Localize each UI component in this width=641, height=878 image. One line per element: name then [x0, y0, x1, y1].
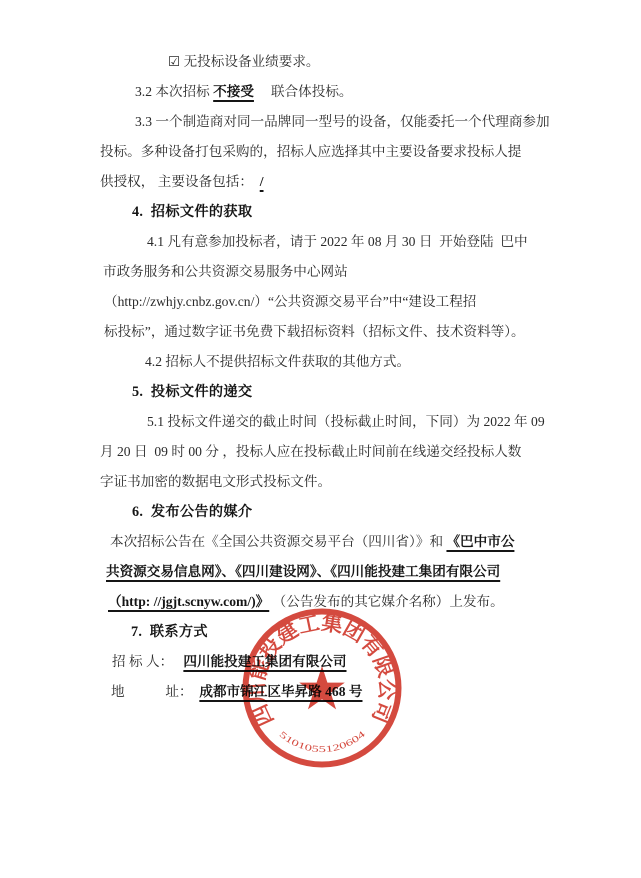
text-run: 联合体投标。	[254, 84, 353, 99]
media-names-emphasis: 《巴中市公	[446, 534, 514, 549]
text-run: 4.2 招标人不提供招标文件获取的其他方式。	[145, 354, 410, 369]
media-announcement-line-2: 共资源交易信息网》、《四川建设网》、《四川能投建工集团有限公司	[106, 557, 580, 587]
media-announcement-line-1: 本次招标公告在《全国公共资源交易平台（四川省）》和 《巴中市公	[110, 527, 580, 557]
clause-3-3-line-3: 供授权， 主要设备包括： /	[100, 167, 580, 197]
blank-slash-placeholder: /	[260, 174, 264, 189]
clause-4-2: 4.2 招标人不提供招标文件获取的其他方式。	[145, 347, 580, 377]
media-announcement-line-3: （http: //jgjt.scnyw.com/)》 （公告发布的其它媒介名称）…	[108, 587, 580, 617]
text-run: 月 20 日 09 时 00 分 ，投标人应在投标截止时间前在线递交经投标人数	[100, 444, 521, 459]
clause-4-1-line-4: 标投标”，通过数字证书免费下载招标资料（招标文件、技术资料等）。	[104, 317, 580, 347]
tender-document-page: ☑ 无投标设备业绩要求。 3.2 本次招标 不接受 联合体投标。 3.3 一个制…	[100, 47, 580, 707]
clause-5-1-line-2: 月 20 日 09 时 00 分 ，投标人应在投标截止时间前在线递交经投标人数	[100, 437, 580, 467]
text-run: 供授权， 主要设备包括：	[100, 174, 260, 189]
clause-3-3-line-2: 投标。多种设备打包采购的，招标人应选择其中主要设备要求投标人提	[100, 137, 580, 167]
heading-text: 6. 发布公告的媒介	[132, 504, 252, 520]
text-run: 3.2 本次招标	[135, 84, 213, 99]
text-run: 无投标设备业绩要求。	[180, 54, 319, 69]
clause-no-equipment-requirement: ☑ 无投标设备业绩要求。	[168, 47, 580, 77]
media-url-emphasis: （http: //jgjt.scnyw.com/)》	[108, 594, 269, 609]
not-accept-emphasis: 不接受	[213, 84, 254, 99]
address-value: 成都市锦江区毕昇路 468 号	[199, 684, 362, 699]
section-6-heading: 6. 发布公告的媒介	[132, 497, 580, 527]
heading-text: 5. 投标文件的递交	[132, 384, 252, 400]
text-run: 标投标”，通过数字证书免费下载招标资料（招标文件、技术资料等）。	[104, 324, 525, 339]
checkbox-checked-icon: ☑	[168, 54, 180, 69]
text-run: 5.1 投标文件递交的截止时间（投标截止时间，下同）为 2022 年 09	[147, 414, 545, 429]
section-7-heading: 7. 联系方式	[131, 617, 580, 647]
clause-5-1-line-3: 字证书加密的数据电文形式投标文件。	[100, 467, 580, 497]
clause-4-1-line-2: 市政务服务和公共资源交易服务中心网站	[103, 257, 580, 287]
clause-3-2: 3.2 本次招标 不接受 联合体投标。	[135, 77, 580, 107]
seal-code-arc-text: 5101055120604	[277, 728, 367, 754]
heading-text: 7. 联系方式	[131, 624, 208, 640]
heading-text: 4. 招标文件的获取	[132, 204, 252, 220]
text-run: （http://zwhjy.cnbz.gov.cn/）“公共资源交易平台”中“建…	[104, 294, 476, 309]
text-run: 3.3 一个制造商对同一品牌同一型号的设备，仅能委托一个代理商参加	[135, 114, 550, 129]
section-5-heading: 5. 投标文件的递交	[132, 377, 580, 407]
text-run: 投标。多种设备打包采购的，招标人应选择其中主要设备要求投标人提	[100, 144, 521, 159]
address-row: 地 址： 成都市锦江区毕昇路 468 号	[111, 677, 580, 707]
field-label: 地 址：	[111, 684, 199, 699]
section-4-heading: 4. 招标文件的获取	[132, 197, 580, 227]
field-label: 招 标 人：	[112, 654, 183, 669]
text-run: 字证书加密的数据电文形式投标文件。	[100, 474, 331, 489]
clause-4-1-line-1: 4.1 凡有意参加投标者，请于 2022 年 08 月 30 日 开始登陆 巴中	[147, 227, 580, 257]
clause-3-3-line-1: 3.3 一个制造商对同一品牌同一型号的设备，仅能委托一个代理商参加	[135, 107, 580, 137]
text-run: 4.1 凡有意参加投标者，请于 2022 年 08 月 30 日 开始登陆 巴中	[147, 234, 528, 249]
tenderer-row: 招 标 人： 四川能投建工集团有限公司	[112, 647, 580, 677]
tenderer-name-value: 四川能投建工集团有限公司	[183, 654, 346, 669]
clause-5-1-line-1: 5.1 投标文件递交的截止时间（投标截止时间，下同）为 2022 年 09	[147, 407, 580, 437]
media-names-emphasis: 共资源交易信息网》、《四川建设网》、《四川能投建工集团有限公司	[106, 564, 500, 579]
text-run: 本次招标公告在《全国公共资源交易平台（四川省）》和	[110, 534, 446, 549]
text-run: （公告发布的其它媒介名称）上发布。	[269, 594, 504, 609]
clause-4-1-line-3-url: （http://zwhjy.cnbz.gov.cn/）“公共资源交易平台”中“建…	[104, 287, 580, 317]
text-run: 市政务服务和公共资源交易服务中心网站	[103, 264, 348, 279]
